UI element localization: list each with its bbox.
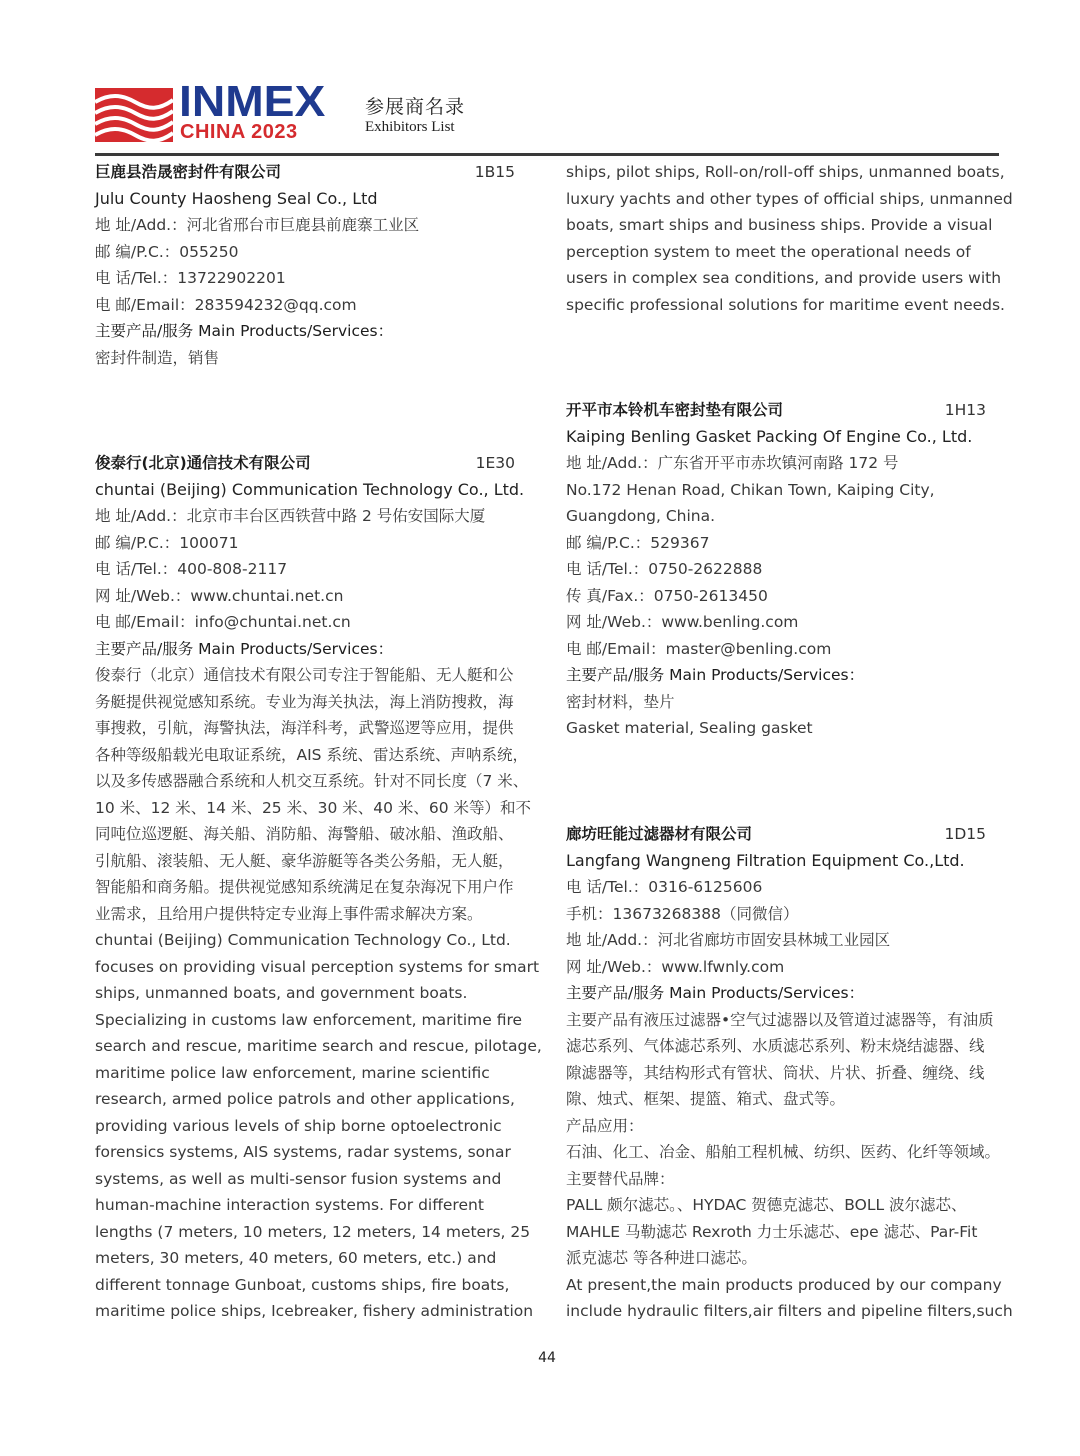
- booth-number: 1B15: [475, 159, 515, 186]
- products-text: forensics systems, AIS systems, radar sy…: [95, 1139, 535, 1166]
- telephone: 电 话/Tel.：0750-2622888: [566, 556, 1006, 583]
- telephone: 电 话/Tel.：400-808-2117: [95, 556, 535, 583]
- main-products-label: 主要产品/服务 Main Products/Services：: [95, 318, 535, 345]
- products-text: lengths (7 meters, 10 meters, 12 meters,…: [95, 1219, 535, 1246]
- exhibitor-entry: 巨鹿县浩晟密封件有限公司 1B15 Julu County Haosheng S…: [95, 159, 535, 371]
- products-text: human-machine interaction systems. For d…: [95, 1192, 535, 1219]
- products-text: focuses on providing visual perception s…: [95, 954, 535, 981]
- products-text: 10 米、12 米、14 米、25 米、30 米、40 米、60 米等）和不: [95, 795, 535, 822]
- postcode: 邮 编/P.C.：529367: [566, 530, 1006, 557]
- products-text: 务艇提供视觉感知系统。专业为海关执法，海上消防搜救，海: [95, 689, 535, 716]
- main-products-label: 主要产品/服务 Main Products/Services：: [95, 636, 535, 663]
- telephone: 电 话/Tel.：13722902201: [95, 265, 535, 292]
- main-products-label: 主要产品/服务 Main Products/Services：: [566, 662, 1006, 689]
- postcode: 邮 编/P.C.：055250: [95, 239, 535, 266]
- page-header: INMEX CHINA 2023 参展商名录 Exhibitors List: [95, 86, 999, 154]
- products-text: 主要产品有液压过滤器•空气过滤器以及管道过滤器等，有油质: [566, 1007, 1006, 1034]
- products-text: different tonnage Gunboat, customs ships…: [95, 1272, 535, 1299]
- exhibitor-entry: 俊泰行(北京)通信技术有限公司 1E30 chuntai (Beijing) C…: [95, 450, 535, 1325]
- exhibitor-name-cn: 巨鹿县浩晟密封件有限公司 1B15: [95, 159, 535, 186]
- mobile: 手机：13673268388（同微信）: [566, 901, 1006, 928]
- products-text: systems, as well as multi-sensor fusion …: [95, 1166, 535, 1193]
- products-text: 隙滤器等，其结构形式有管状、筒状、片状、折叠、缠绕、线: [566, 1060, 1006, 1087]
- address: 地 址/Add.：河北省邢台市巨鹿县前鹿寨工业区: [95, 212, 535, 239]
- products-text: 派克滤芯 等各种进口滤芯。: [566, 1245, 1006, 1272]
- exhibitor-name-en: Julu County Haosheng Seal Co., Ltd: [95, 186, 535, 213]
- exhibitor-name-en: Langfang Wangneng Filtration Equipment C…: [566, 848, 1006, 875]
- products-text: 业需求，且给用户提供特定专业海上事件需求解决方案。: [95, 901, 535, 928]
- products-text: 石油、化工、冶金、船舶工程机械、纺织、医药、化纤等领域。: [566, 1139, 1006, 1166]
- booth-number: 1D15: [944, 821, 986, 848]
- email: 电 邮/Email：info@chuntai.net.cn: [95, 609, 535, 636]
- exhibitor-name-cn: 开平市本铃机车密封垫有限公司 1H13: [566, 397, 1006, 424]
- products-text: include hydraulic filters,air filters an…: [566, 1298, 1006, 1325]
- products-text: At present,the main products produced by…: [566, 1272, 1006, 1299]
- products-text: maritime police ships, Icebreaker, fishe…: [95, 1298, 535, 1325]
- page-number: 44: [0, 1350, 1080, 1366]
- exhibitor-entry: 开平市本铃机车密封垫有限公司 1H13 Kaiping Benling Gask…: [566, 397, 1006, 742]
- exhibitor-name-cn: 廊坊旺能过滤器材有限公司 1D15: [566, 821, 1006, 848]
- continued-line: perception system to meet the operationa…: [566, 239, 1006, 266]
- products-text: 引航船、滚装船、无人艇、豪华游艇等各类公务船，无人艇，: [95, 848, 535, 875]
- exhibitor-name-cn-text: 开平市本铃机车密封垫有限公司: [566, 401, 783, 419]
- exhibitor-name-en: Kaiping Benling Gasket Packing Of Engine…: [566, 424, 1006, 451]
- continued-text: ships, pilot ships, Roll-on/roll-off shi…: [566, 159, 1006, 318]
- products-text: 俊泰行（北京）通信技术有限公司专注于智能船、无人艇和公: [95, 662, 535, 689]
- continued-line: users in complex sea conditions, and pro…: [566, 265, 1006, 292]
- products-text: 主要替代品牌：: [566, 1166, 1006, 1193]
- products-text: 同吨位巡逻艇、海关船、消防船、海警船、破冰船、渔政船、: [95, 821, 535, 848]
- products-text: search and rescue, maritime search and r…: [95, 1033, 535, 1060]
- address-en: No.172 Henan Road, Chikan Town, Kaiping …: [566, 477, 1006, 504]
- header-divider: [95, 153, 999, 156]
- products-text: providing various levels of ship borne o…: [95, 1113, 535, 1140]
- exhibitor-name-en: chuntai (Beijing) Communication Technolo…: [95, 477, 535, 504]
- continued-line: luxury yachts and other types of officia…: [566, 186, 1006, 213]
- exhibitor-name-cn-text: 俊泰行(北京)通信技术有限公司: [95, 454, 311, 472]
- products-text: 事搜救，引航，海警执法，海洋科考，武警巡逻等应用，提供: [95, 715, 535, 742]
- address: 地 址/Add.：河北省廊坊市固安县林城工业园区: [566, 927, 1006, 954]
- continued-line: ships, pilot ships, Roll-on/roll-off shi…: [566, 159, 1006, 186]
- exhibitor-name-cn-text: 巨鹿县浩晟密封件有限公司: [95, 163, 281, 181]
- exhibitor-entry: 廊坊旺能过滤器材有限公司 1D15 Langfang Wangneng Filt…: [566, 821, 1006, 1325]
- products-text: 产品应用：: [566, 1113, 1006, 1140]
- header-title-cn: 参展商名录: [365, 92, 465, 119]
- header-title-en: Exhibitors List: [365, 119, 455, 136]
- address: 地 址/Add.：广东省开平市赤坎镇河南路 172 号: [566, 450, 1006, 477]
- products-text: chuntai (Beijing) Communication Technolo…: [95, 927, 535, 954]
- website: 网 址/Web.：www.benling.com: [566, 609, 1006, 636]
- telephone: 电 话/Tel.：0316-6125606: [566, 874, 1006, 901]
- continued-line: boats, smart ships and business ships. P…: [566, 212, 1006, 239]
- postcode: 邮 编/P.C.：100071: [95, 530, 535, 557]
- products-text: meters, 30 meters, 40 meters, 60 meters,…: [95, 1245, 535, 1272]
- email: 电 邮/Email：master@benling.com: [566, 636, 1006, 663]
- booth-number: 1H13: [945, 397, 986, 424]
- products-text: maritime police law enforcement, marine …: [95, 1060, 535, 1087]
- booth-number: 1E30: [476, 450, 515, 477]
- products-text: 隙、烛式、框架、提篮、箱式、盘式等。: [566, 1086, 1006, 1113]
- continued-line: specific professional solutions for mari…: [566, 292, 1006, 319]
- website: 网 址/Web.：www.chuntai.net.cn: [95, 583, 535, 610]
- products-text: Gasket material, Sealing gasket: [566, 715, 1006, 742]
- products-text: 智能船和商务船。提供视觉感知系统满足在复杂海况下用户作: [95, 874, 535, 901]
- products-text: 以及多传感器融合系统和人机交互系统。针对不同长度（7 米、: [95, 768, 535, 795]
- products-text: 密封材料，垫片: [566, 689, 1006, 716]
- products-text: research, armed police patrols and other…: [95, 1086, 535, 1113]
- products-text: Specializing in customs law enforcement,…: [95, 1007, 535, 1034]
- products-text: MAHLE 马勒滤芯 Rexroth 力士乐滤芯、epe 滤芯、Par-Fit: [566, 1219, 1006, 1246]
- products-text: PALL 颇尔滤芯。、HYDAC 贺德克滤芯、BOLL 波尔滤芯、: [566, 1192, 1006, 1219]
- fax: 传 真/Fax.：0750-2613450: [566, 583, 1006, 610]
- email: 电 邮/Email：283594232@qq.com: [95, 292, 535, 319]
- exhibitor-name-cn: 俊泰行(北京)通信技术有限公司 1E30: [95, 450, 535, 477]
- address-en: Guangdong, China.: [566, 503, 1006, 530]
- products-text: 滤芯系列、气体滤芯系列、水质滤芯系列、粉末烧结滤器、线: [566, 1033, 1006, 1060]
- products-text: 密封件制造，销售: [95, 345, 535, 372]
- inmex-wave-logo-icon: [95, 88, 173, 142]
- products-text: ships, unmanned boats, and government bo…: [95, 980, 535, 1007]
- products-text: 各种等级船载光电取证系统，AIS 系统、雷达系统、声呐系统，: [95, 742, 535, 769]
- logo-brand: INMEX: [179, 80, 360, 124]
- inmex-logo-text: INMEX CHINA 2023: [179, 80, 351, 142]
- main-products-label: 主要产品/服务 Main Products/Services：: [566, 980, 1006, 1007]
- exhibitor-name-cn-text: 廊坊旺能过滤器材有限公司: [566, 825, 752, 843]
- website: 网 址/Web.：www.lfwnly.com: [566, 954, 1006, 981]
- address: 地 址/Add.：北京市丰台区西铁营中路 2 号佑安国际大厦: [95, 503, 535, 530]
